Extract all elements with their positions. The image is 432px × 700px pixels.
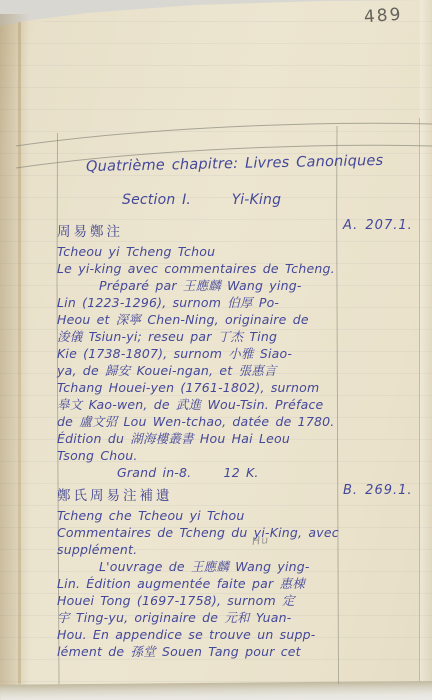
pencil-annotation: Hu	[251, 533, 270, 548]
format-note: Grand in-8.	[117, 465, 191, 480]
page-number: 489	[363, 5, 403, 28]
entry-body-line: 皋文 Kao-wen, de 武進 Wou-Tsin. Préface	[57, 396, 343, 413]
right-page-edge-line	[419, 118, 420, 684]
entry-2-chinese-title: 鄭氏周易注補遺	[57, 485, 343, 507]
catalog-entry-2: 鄭氏周易注補遺 Tcheng che Tcheou yi Tchou Comme…	[57, 485, 343, 660]
entry-body-line: de 盧文弨 Lou Wen-tchao, datée de 1780.	[57, 413, 343, 430]
gutter-crease	[18, 22, 21, 684]
shelfmark-entry-1: A. 207.1.	[343, 218, 413, 233]
section-label: Section I.	[122, 192, 191, 208]
entry-body-line: Hou. En appendice se trouve un supp-	[57, 626, 343, 643]
entry-body-line: Tsong Chou.	[57, 447, 343, 464]
entry-2-romanized-title: Tcheng che Tcheou yi Tchou	[57, 507, 343, 524]
shelfmark-entry-2: B. 269.1.	[343, 483, 413, 498]
entry-2-description-line-1: Commentaires de Tcheng du yi-King, avec	[57, 524, 343, 541]
catalog-entry-1: 周易鄭注 Tcheou yi Tcheng Tchou Le yi-king a…	[57, 221, 343, 481]
scanned-catalog-page: { "scan": { "page_number": "489", "heade…	[0, 0, 432, 700]
entry-body-line: Édition du 湖海樓叢書 Hou Hai Leou	[57, 430, 343, 447]
entry-body-line: Lin (1223-1296), surnom 伯厚 Po-	[57, 294, 343, 311]
entry-body-line: Lin. Édition augmentée faite par 惠棟	[57, 575, 343, 592]
entry-body-line: lément de 孫堂 Souen Tang pour cet	[57, 643, 343, 660]
section-value: Yi-King	[232, 192, 281, 208]
entry-2-body: L'ouvrage de 王應麟 Wang ying-Lin. Édition …	[57, 558, 343, 660]
price-note: 12 K.	[224, 465, 259, 480]
bottom-page-edge	[0, 681, 432, 700]
entry-body-line: ya, de 歸安 Kouei-ngan, et 張惠言	[57, 362, 343, 379]
entry-body-line: Houei Tong (1697-1758), surnom 定	[57, 592, 343, 609]
entry-body-line: Kie (1738-1807), surnom 小雅 Siao-	[57, 345, 343, 362]
entry-1-description: Le yi-king avec commentaires de Tcheng.	[57, 260, 343, 277]
entry-body-line: 浚儀 Tsiun-yi; reseu par 丁杰 Ting	[57, 328, 343, 345]
entry-body-line: Préparé par 王應麟 Wang ying-	[57, 277, 343, 294]
left-gutter-shadow	[0, 14, 30, 700]
entry-body-line: 宇 Ting-yu, originaire de 元和 Yuan-	[57, 609, 343, 626]
section-heading: Section I. Yi-King	[122, 192, 281, 208]
entry-1-body: Préparé par 王應麟 Wang ying-Lin (1223-1296…	[57, 277, 343, 464]
entry-2-description-line-2: supplément.	[57, 541, 343, 558]
entry-1-format-line: Grand in-8. 12 K.	[117, 464, 343, 481]
entry-body-line: L'ouvrage de 王應麟 Wang ying-	[57, 558, 343, 575]
entry-body-line: Tchang Houei-yen (1761-1802), surnom	[57, 379, 343, 396]
entry-1-romanized-title: Tcheou yi Tcheng Tchou	[57, 243, 343, 260]
entry-body-line: Heou et 深寧 Chen-Ning, originaire de	[57, 311, 343, 328]
right-page-edge-shade	[420, 0, 432, 700]
entry-1-chinese-title: 周易鄭注	[57, 221, 343, 243]
